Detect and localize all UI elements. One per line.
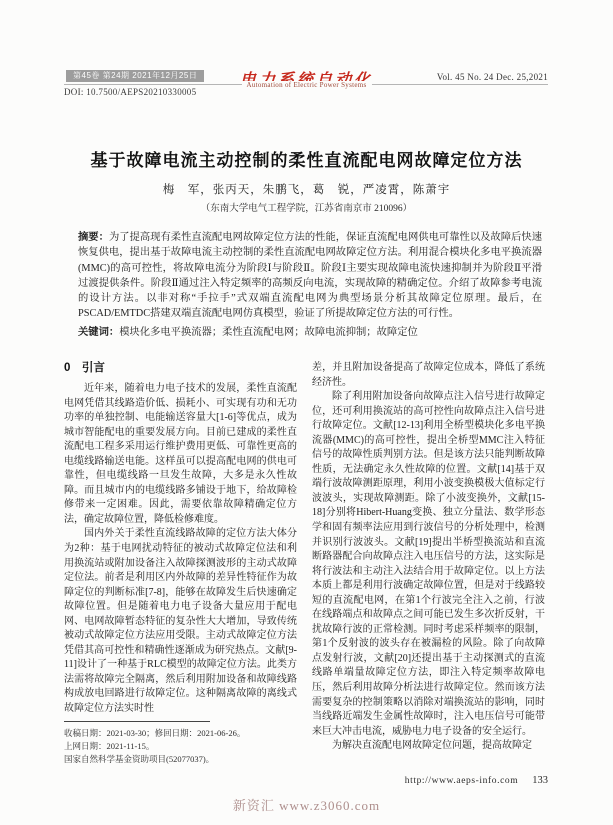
affiliation-line: （东南大学电气工程学院，江苏省南京市 210096） [40, 200, 573, 214]
abstract-paragraph: 摘要：为了提高现有柔性直流配电网故障定位方法的性能，保证直流配电网供电可靠性以及… [78, 230, 542, 322]
footnote-line: 国家自然科学基金资助项目(52077037)。 [64, 753, 314, 766]
right-column: 差，并且附加设备提高了故障定位成本，降低了系统经济性。除了利用附加设备向故障点注… [312, 361, 545, 775]
keywords-label: 关键词： [78, 327, 119, 338]
abstract-block: 摘要：为了提高现有柔性直流配电网故障定位方法的性能，保证直流配电网供电可靠性以及… [78, 230, 542, 340]
volume-info: Vol. 45 No. 24 Dec. 25,2021 [437, 72, 548, 82]
footnote-line: 上网日期：2021-11-15。 [64, 740, 314, 753]
section-heading: 0 引言 [64, 361, 297, 375]
abstract-label: 摘要： [78, 232, 109, 243]
body-paragraph: 近年来，随着电力电子技术的发展，柔性直流配电网凭借其线路造价低、损耗小、可实现有… [64, 382, 297, 527]
footnote-line: 收稿日期：2021-03-30；修回日期：2021-06-26。 [64, 727, 314, 740]
author-line: 梅 军，张丙天，朱鹏飞，葛 锐，严凌霄，陈萧宇 [40, 181, 573, 197]
body-paragraph: 除了利用附加设备向故障点注入信号进行故障定位，还可利用换流站的高可控性向故障点注… [312, 390, 545, 739]
right-column-text: 差，并且附加设备提高了故障定位成本，降低了系统经济性。除了利用附加设备向故障点注… [312, 361, 545, 754]
article-title: 基于故障电流主动控制的柔性直流配电网故障定位方法 [40, 146, 573, 171]
left-column-text: 近年来，随着电力电子技术的发展，柔性直流配电网凭借其线路造价低、损耗小、可实现有… [64, 382, 297, 717]
footnote-divider [64, 721, 210, 722]
page-number: 133 [532, 775, 548, 786]
footer-url: http://www.aeps-info.com [405, 776, 519, 786]
footnote-block: 收稿日期：2021-03-30；修回日期：2021-06-26。上网日期：202… [64, 727, 314, 766]
page-footer: http://www.aeps-info.com133 [405, 775, 548, 786]
keywords-text: 模块化多电平换流器；柔性直流配电网；故障电流抑制；故障定位 [119, 327, 418, 338]
left-column: 0 引言 近年来，随着电力电子技术的发展，柔性直流配电网凭借其线路造价低、损耗小… [64, 361, 297, 718]
paper-page: 第45卷 第24期 2021年12月25日 DOI: 10.7500/AEPS2… [0, 0, 613, 825]
body-paragraph: 差，并且附加设备提高了故障定位成本，降低了系统经济性。 [312, 361, 545, 390]
journal-subtitle-en: Automation of Electric Power Systems [241, 81, 371, 89]
abstract-text: 为了提高现有柔性直流配电网故障定位方法的性能，保证直流配电网供电可靠性以及故障后… [78, 232, 542, 319]
keywords-line: 关键词：模块化多电平换流器；柔性直流配电网；故障电流抑制；故障定位 [78, 325, 542, 340]
body-paragraph: 国内外关于柔性直流线路故障的定位方法大体分为2种：基于电网扰动特征的被动式故障定… [64, 527, 297, 716]
watermark: 新资汇 www.z3060.com [233, 795, 380, 814]
body-paragraph: 为解决直流配电网故障定位问题，提高故障定 [312, 739, 545, 754]
